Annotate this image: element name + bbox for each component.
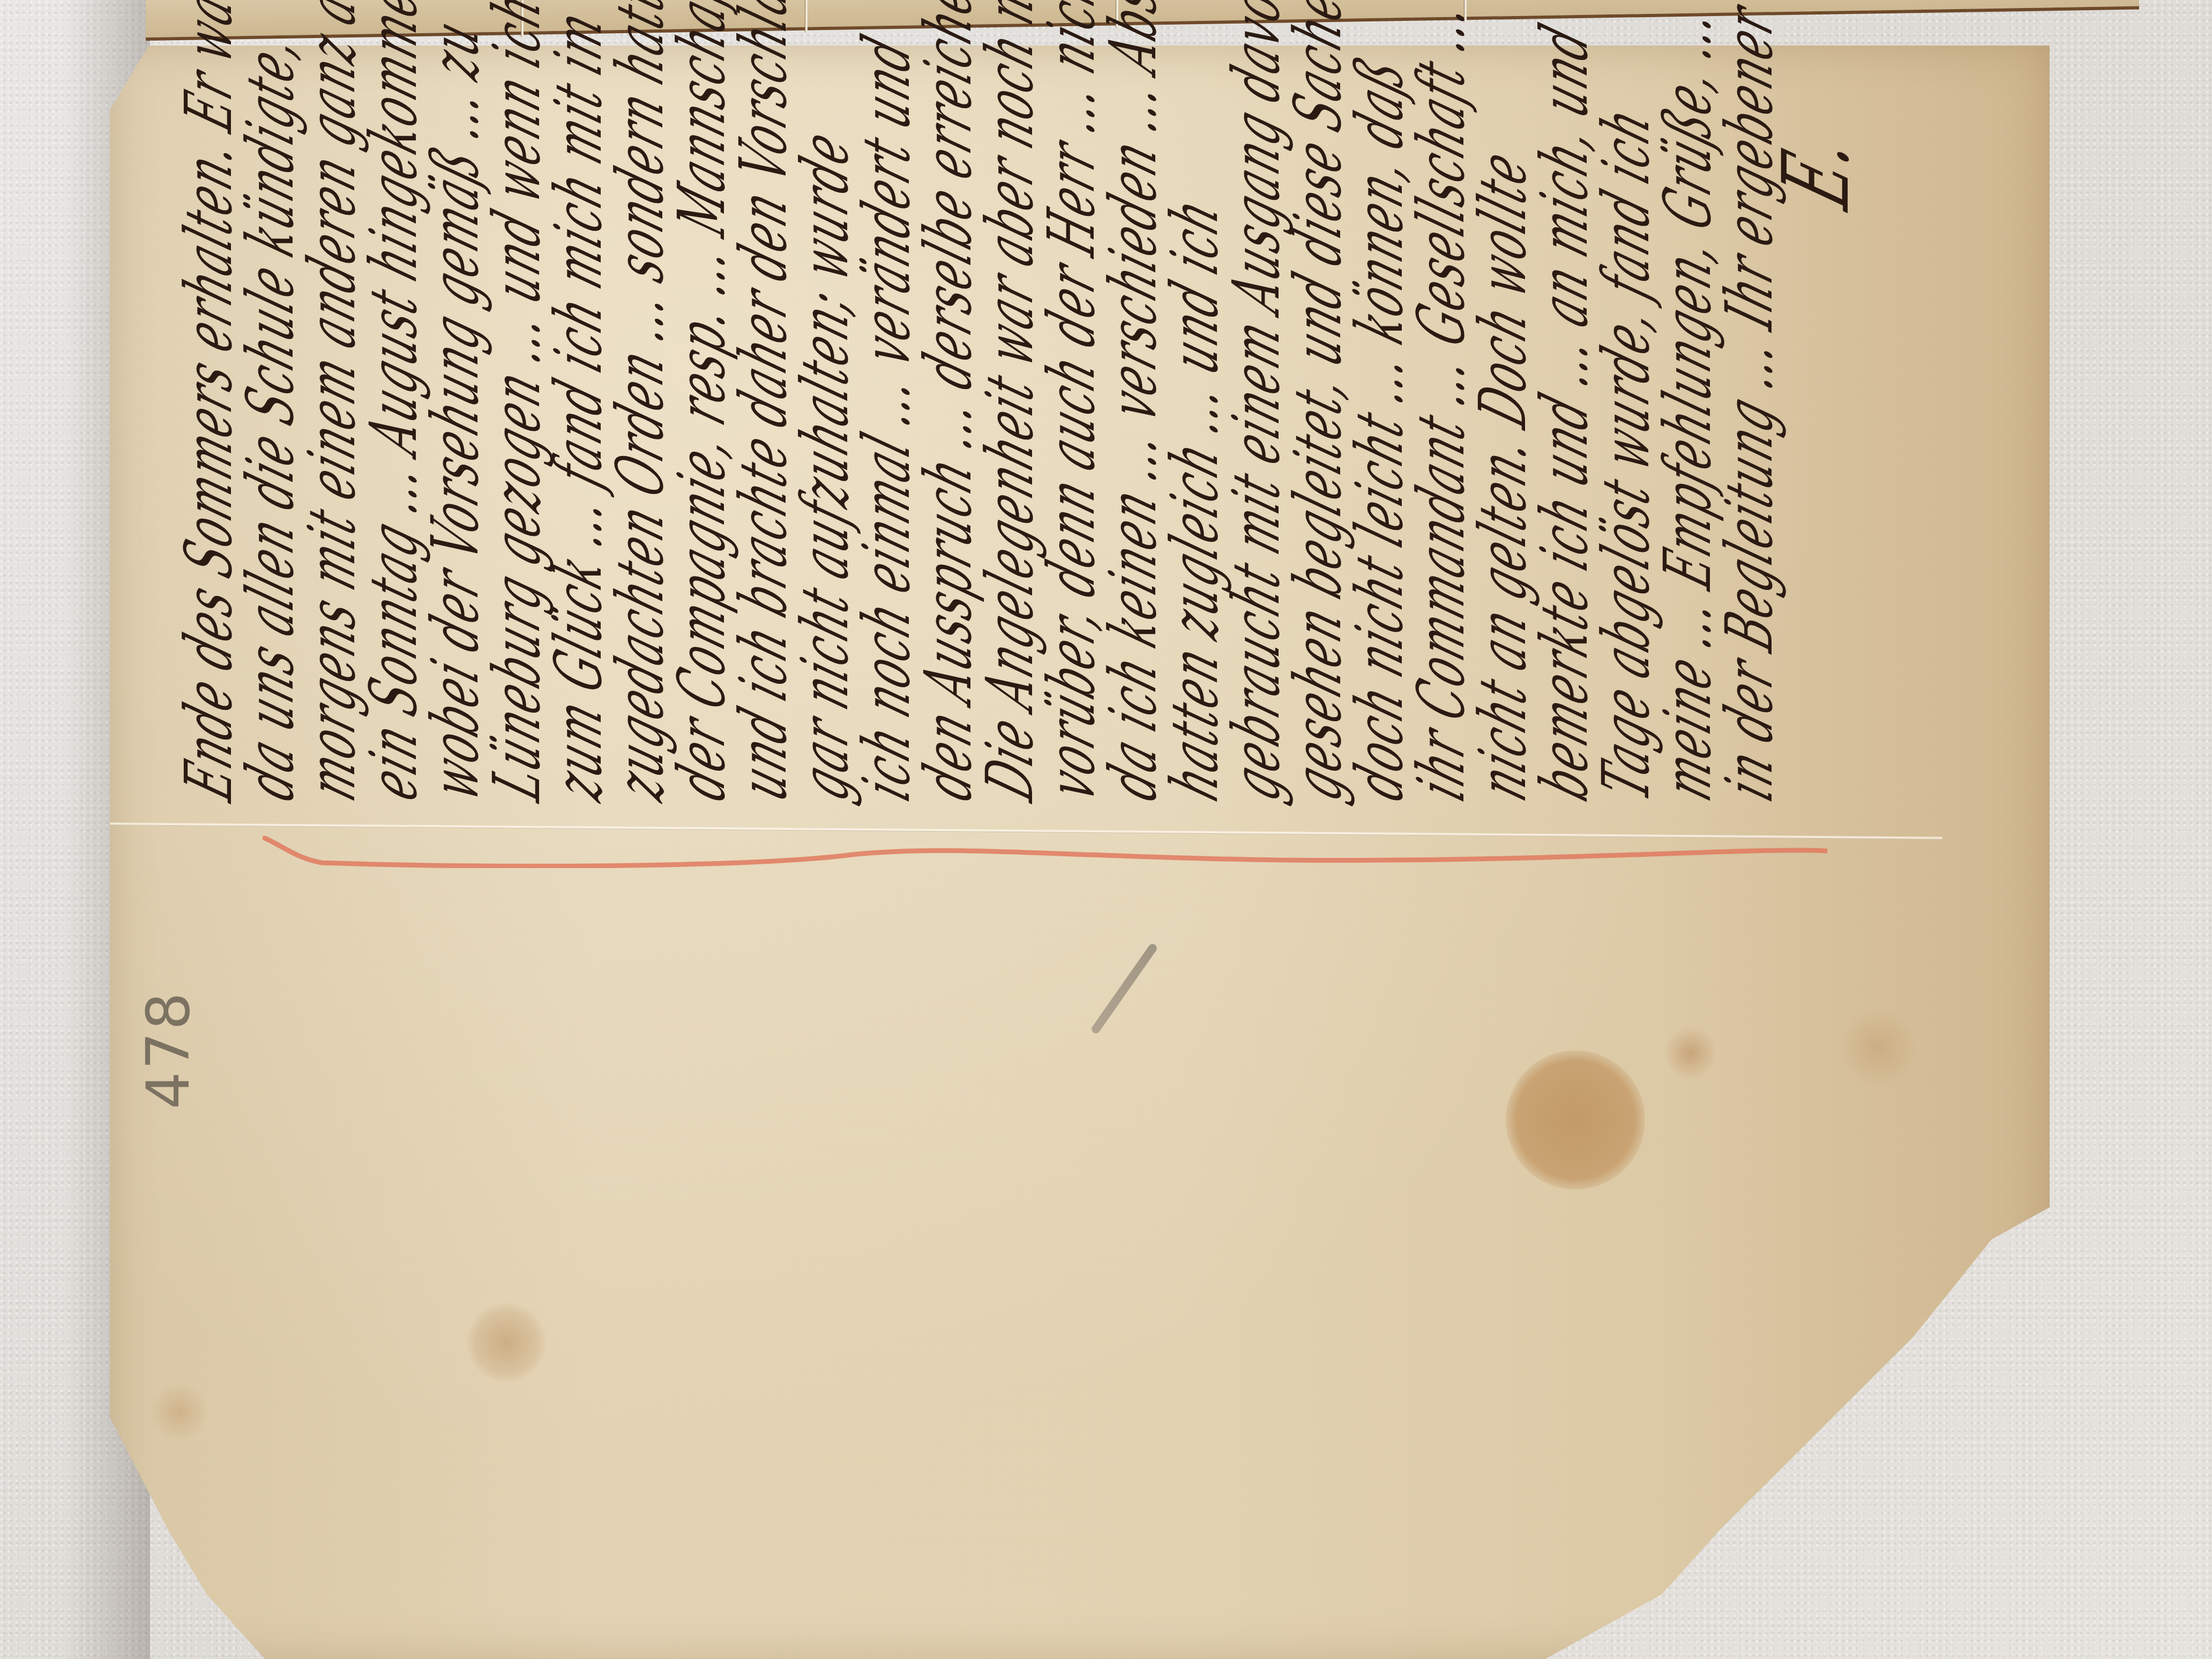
water-stain — [466, 1302, 547, 1382]
binding-stitch — [805, 0, 808, 33]
archive-number: 478 — [134, 990, 203, 1109]
water-stain — [150, 1382, 209, 1441]
water-stain — [1667, 1023, 1715, 1082]
handwritten-text: Ende des Sommers erhalten. Er war, da un… — [188, 32, 2009, 809]
red-crayon-line — [263, 836, 1827, 868]
water-stain — [1838, 1007, 1918, 1088]
water-stain — [1506, 1050, 1645, 1190]
text-line: in der Begleitung ... Ihr ergebener — [1713, 0, 1788, 809]
